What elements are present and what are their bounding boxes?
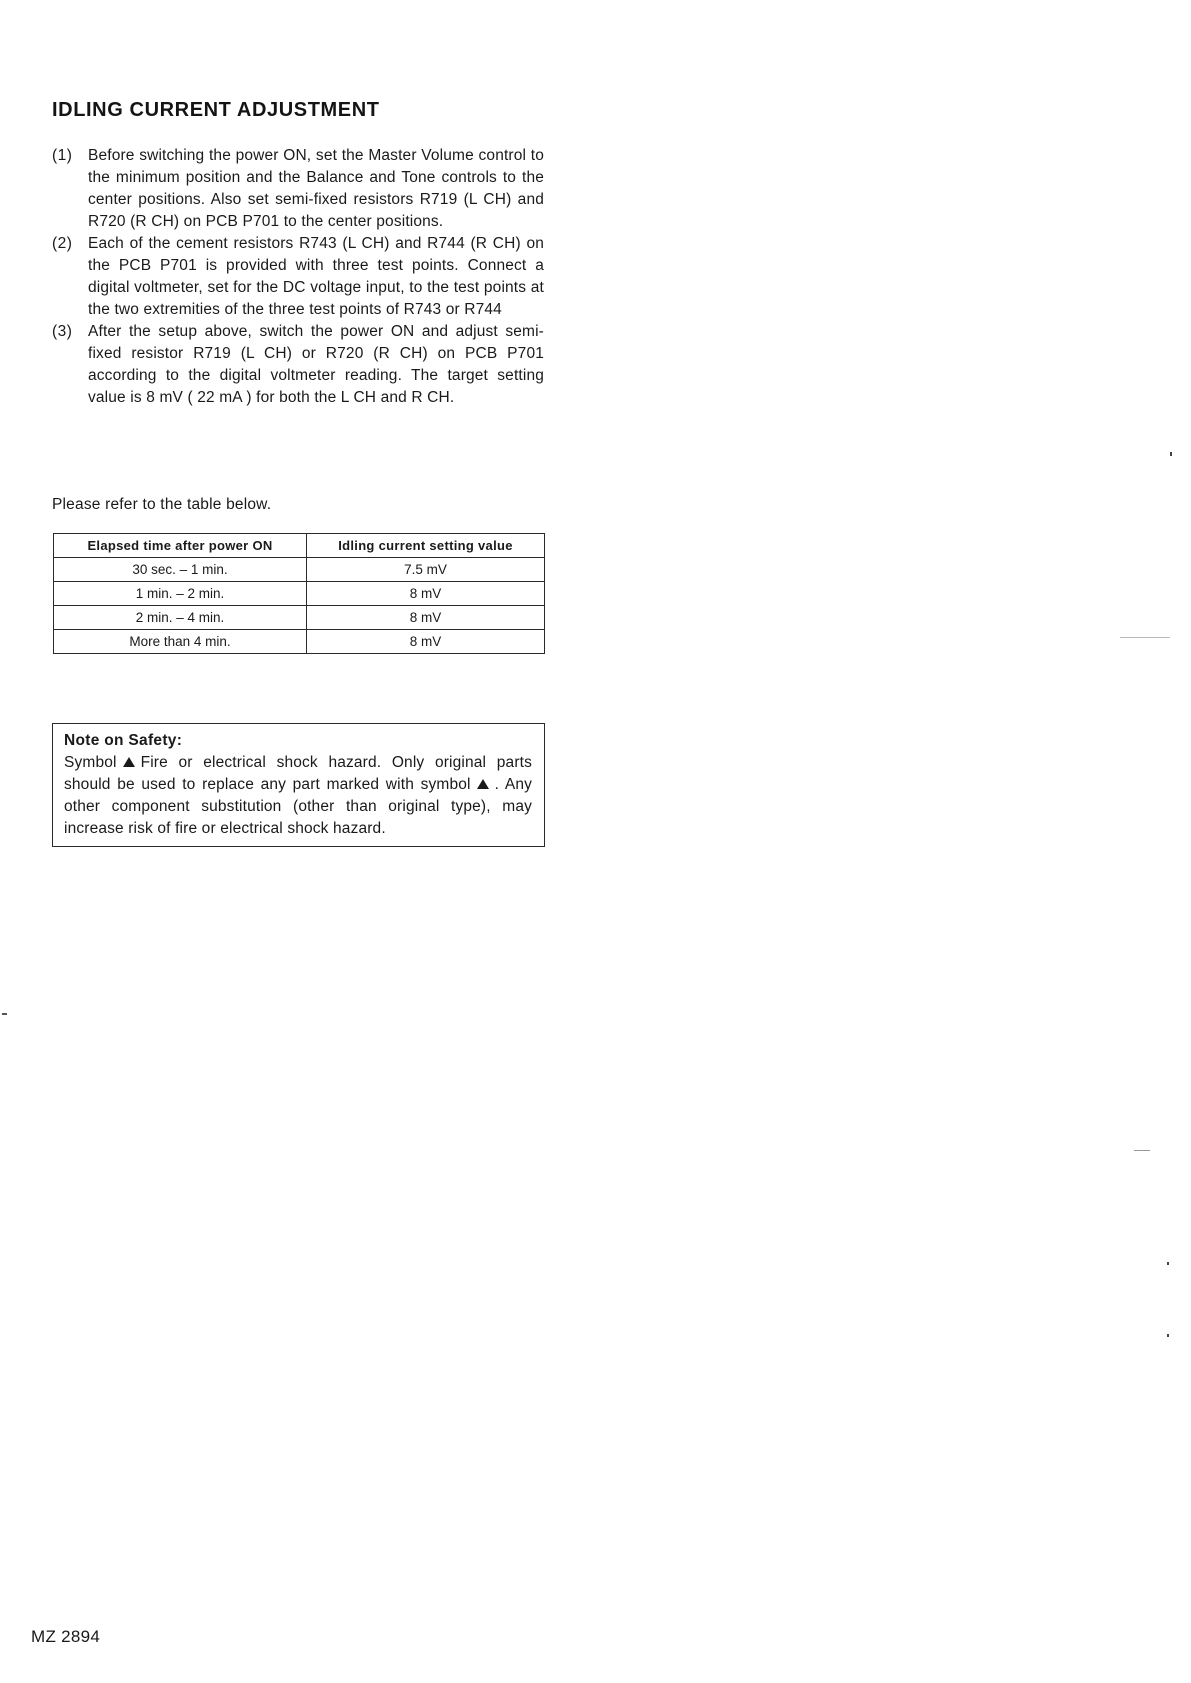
table-row: 1 min. – 2 min. 8 mV xyxy=(54,582,545,606)
step-number: (3) xyxy=(52,321,88,409)
scan-artifact xyxy=(1134,1150,1150,1151)
cell-setting-value: 8 mV xyxy=(307,630,545,654)
step-number: (1) xyxy=(52,145,88,233)
step-text: Before switching the power ON, set the M… xyxy=(88,145,544,233)
scan-artifact xyxy=(1167,1334,1169,1337)
step-number: (2) xyxy=(52,233,88,321)
column-header-elapsed-time: Elapsed time after power ON xyxy=(54,534,307,558)
cell-setting-value: 8 mV xyxy=(307,582,545,606)
cell-elapsed-time: 1 min. – 2 min. xyxy=(54,582,307,606)
section-heading: IDLING CURRENT ADJUSTMENT xyxy=(52,99,380,122)
page-footer-code: MZ 2894 xyxy=(31,1627,100,1647)
cell-elapsed-time: More than 4 min. xyxy=(54,630,307,654)
safety-note-body: SymbolFire or electrical shock hazard. O… xyxy=(64,752,532,840)
safety-text-part: Symbol xyxy=(64,754,117,771)
safety-note-box: Note on Safety: SymbolFire or electrical… xyxy=(52,723,545,847)
table-row: More than 4 min. 8 mV xyxy=(54,630,545,654)
table-row: 2 min. – 4 min. 8 mV xyxy=(54,606,545,630)
warning-triangle-icon xyxy=(123,757,135,767)
step-text: Each of the cement resistors R743 (L CH)… xyxy=(88,233,544,321)
safety-note-title: Note on Safety: xyxy=(64,730,532,752)
table-header-row: Elapsed time after power ON Idling curre… xyxy=(54,534,545,558)
step-text: After the setup above, switch the power … xyxy=(88,321,544,409)
cell-setting-value: 8 mV xyxy=(307,606,545,630)
cell-setting-value: 7.5 mV xyxy=(307,558,545,582)
scan-artifact xyxy=(2,1013,7,1015)
procedure-step: (3) After the setup above, switch the po… xyxy=(52,321,544,409)
cell-elapsed-time: 30 sec. – 1 min. xyxy=(54,558,307,582)
scan-artifact xyxy=(1167,1262,1169,1265)
table-intro-text: Please refer to the table below. xyxy=(52,494,271,516)
column-header-setting-value: Idling current setting value xyxy=(307,534,545,558)
table-row: 30 sec. – 1 min. 7.5 mV xyxy=(54,558,545,582)
warning-triangle-icon xyxy=(477,779,489,789)
procedure-step: (2) Each of the cement resistors R743 (L… xyxy=(52,233,544,321)
idling-current-table: Elapsed time after power ON Idling curre… xyxy=(53,533,545,654)
manual-page: IDLING CURRENT ADJUSTMENT (1) Before swi… xyxy=(0,0,1191,1683)
procedure-steps: (1) Before switching the power ON, set t… xyxy=(52,145,544,409)
cell-elapsed-time: 2 min. – 4 min. xyxy=(54,606,307,630)
scan-artifact xyxy=(1170,452,1172,456)
procedure-step: (1) Before switching the power ON, set t… xyxy=(52,145,544,233)
scan-artifact xyxy=(1120,637,1170,638)
